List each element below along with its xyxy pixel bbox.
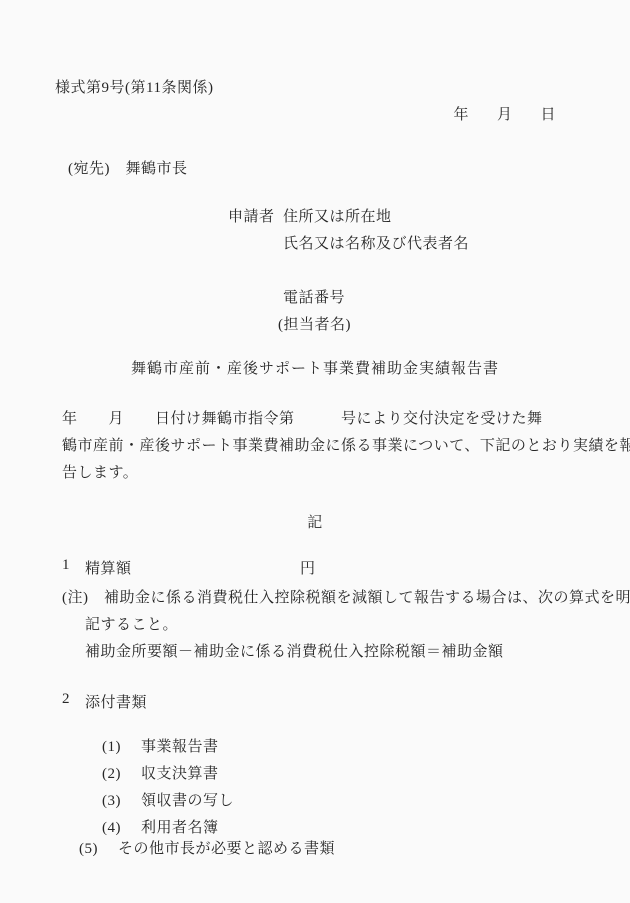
record-marker: 記 — [0, 511, 630, 532]
note-formula-line: 補助金所要額－補助金に係る消費税仕入控除税額＝補助金額 — [85, 640, 504, 661]
applicant-contact-label: (担当者名) — [278, 313, 351, 334]
report-statement-line: 鶴市産前・産後サポート事業費補助金に係る事業について、下記のとおり実績を報 — [62, 434, 630, 455]
document-title: 舞鶴市産前・産後サポート事業費補助金実績報告書 — [0, 357, 630, 378]
attachments-item-number: 2 — [62, 691, 70, 708]
attachment-list-item: (5)その他市長が必要と認める書類 — [62, 820, 335, 875]
settlement-unit-yen: 円 — [300, 557, 316, 578]
settlement-item-number: 1 — [62, 557, 70, 574]
attachment-item-number: (5) — [79, 841, 98, 857]
settlement-label: 精算額 — [85, 557, 132, 578]
date-line: 年 月 日 — [453, 103, 556, 124]
applicant-phone-label: 電話番号 — [283, 286, 345, 307]
attachment-item-label: その他市長が必要と認める書類 — [118, 841, 335, 857]
note-line: (注) 補助金に係る消費税仕入控除税額を減額して報告する場合は、次の算式を明 — [62, 586, 630, 607]
date-day-label: 日 — [540, 103, 556, 124]
document-page: 様式第9号(第11条関係) 年 月 日 (宛先) 舞鶴市長 申請者 住所又は所在… — [0, 0, 630, 903]
applicant-name-label: 氏名又は名称及び代表者名 — [283, 232, 469, 253]
form-number: 様式第9号(第11条関係) — [55, 76, 213, 97]
date-month-label: 月 — [497, 103, 513, 124]
attachments-heading: 添付書類 — [85, 691, 147, 712]
applicant-label: 申請者 — [228, 205, 275, 226]
date-year-label: 年 — [453, 103, 469, 124]
applicant-address-label: 住所又は所在地 — [283, 205, 392, 226]
recipient-line: (宛先) 舞鶴市長 — [68, 157, 188, 178]
report-statement-line: 告します。 — [62, 461, 138, 482]
report-statement-line: 年 月 日付け舞鶴市指令第 号により交付決定を受けた舞 — [62, 407, 543, 428]
note-line: 記すること。 — [85, 613, 178, 634]
